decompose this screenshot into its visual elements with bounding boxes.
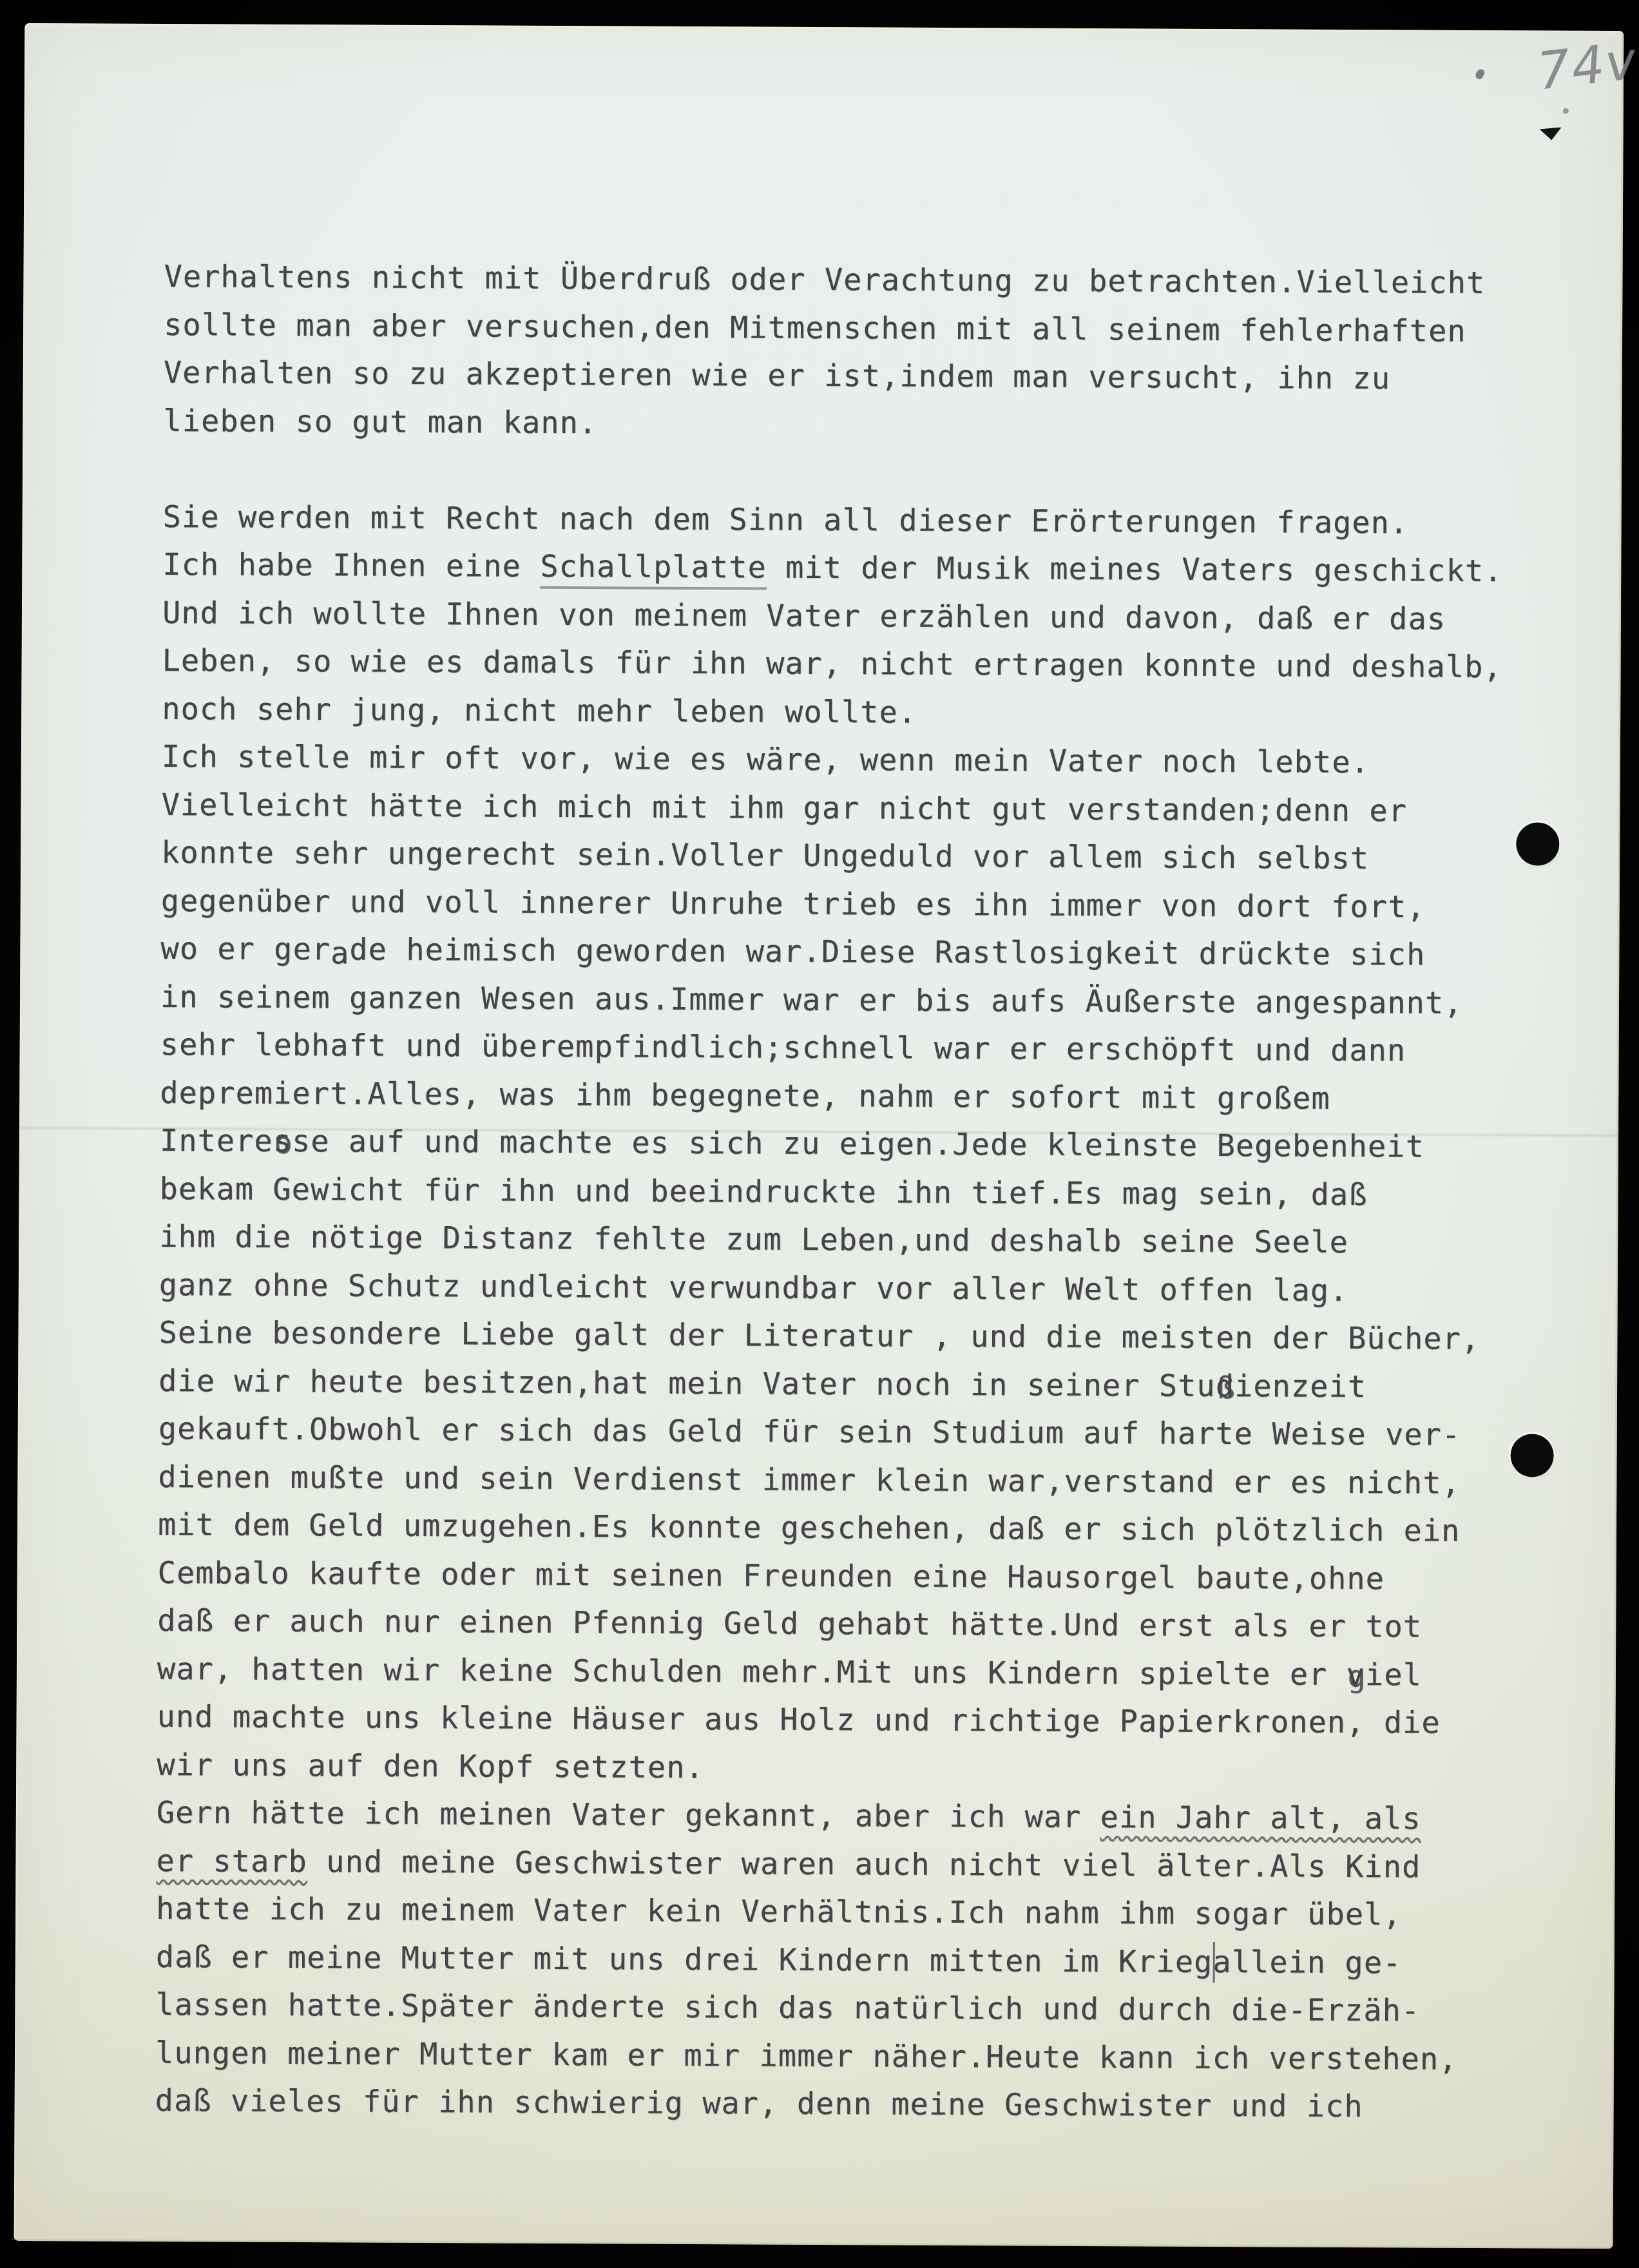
text-line (163, 445, 1567, 500)
text-line: Und ich wollte Ihnen von meinem Vater er… (162, 590, 1567, 644)
text-segment: daß er auch nur einen Pfennig Geld gehab… (157, 1603, 1422, 1645)
text-line: Sie werden mit Recht nach dem Sinn all d… (162, 494, 1567, 548)
overstrike-glyph: g (1347, 1653, 1366, 1702)
text-segment: gegenüber und voll innerer Unruhe trieb … (161, 883, 1426, 925)
text-segment: Vielleicht hätte ich mich mit ihm gar ni… (161, 787, 1407, 829)
text-segment: lungen meiner Mutter kam er mir immer nä… (155, 2035, 1458, 2077)
text-line: ihm die nötige Distanz fehlte zum Leben,… (159, 1213, 1564, 1268)
text-segment: war, hatten wir keine Schulden mehr.Mit … (157, 1651, 1347, 1692)
text-segment: daß er meine Mutter mit uns drei Kindern… (156, 1939, 1213, 1979)
text-segment: so (273, 1118, 292, 1166)
text-segment: wo er ger (160, 931, 331, 967)
text-segment: Seine besondere Liebe galt der Literatur… (158, 1315, 1480, 1357)
text-segment: ganz ohne Schutz undleicht verwundbar vo… (159, 1267, 1348, 1308)
text-line: Cembalo kaufte oder mit seinen Freunden … (157, 1549, 1562, 1604)
text-line: Verhaltens nicht mit Überdruß oder Verac… (164, 253, 1568, 308)
text-line: war, hatten wir keine Schulden mehr.Mit … (157, 1645, 1562, 1700)
overstrike-glyph: ß (1216, 1365, 1236, 1413)
text-line: lungen meiner Mutter kam er mir immer nä… (155, 2029, 1560, 2084)
text-line: bekam Gewicht für ihn und beeindruckte i… (159, 1166, 1564, 1220)
text-segment: ienzeit (1234, 1369, 1366, 1405)
text-line: Leben, so wie es damals für ihn war, nic… (162, 637, 1566, 692)
text-segment: Ich habe Ihnen eine (162, 547, 540, 584)
text-line: und machte uns kleine Häuser aus Holz un… (157, 1693, 1561, 1748)
text-segment: und meine Geschwister waren auch nicht v… (307, 1844, 1421, 1885)
text-line: Verhalten so zu akzeptieren wie er ist,i… (164, 349, 1568, 404)
text-line: daß er auch nur einen Pfennig Geld gehab… (157, 1597, 1562, 1652)
text-line: in seinem ganzen Wesen aus.Immer war er … (160, 974, 1565, 1028)
text-segment: noch sehr jung, nicht mehr leben wollte. (162, 691, 917, 731)
paper-sheet: 74v Verhaltens nicht mit Überdruß oder V… (14, 23, 1624, 2249)
text-line: Gern hätte ich meinen Vater gekannt, abe… (157, 1789, 1561, 1844)
text-segment: mit der Musik meines Vaters geschickt. (767, 550, 1503, 590)
text-segment: konnte sehr ungerecht sein.Voller Ungedu… (161, 835, 1369, 876)
text-segment: lassen hatte.Später änderte sich das nat… (155, 1987, 1420, 2029)
text-segment: in seinem ganzen Wesen aus.Immer war er … (160, 979, 1463, 1021)
text-segment: Leben, so wie es damals für ihn war, nic… (162, 643, 1502, 685)
text-segment: depremiert.Alles, was ihm begegnete, nah… (160, 1075, 1330, 1117)
text-line: dienen mußte und sein Verdienst immer kl… (158, 1453, 1562, 1508)
text-segment: ihm die nötige Distanz fehlte zum Leben,… (159, 1219, 1348, 1260)
text-line: ganz ohne Schutz undleicht verwundbar vo… (159, 1261, 1564, 1316)
pencil-speck (1563, 108, 1569, 114)
text-line: Vielleicht hätte ich mich mit ihm gar ni… (161, 782, 1566, 836)
text-line: die wir heute besitzen,hat mein Vater no… (158, 1357, 1563, 1412)
text-segment: gekauft.Obwohl er sich das Geld für sein… (158, 1411, 1461, 1453)
text-segment: Verhaltens nicht mit Überdruß oder Verac… (164, 259, 1485, 301)
text-line: konnte sehr ungerecht sein.Voller Ungedu… (161, 829, 1566, 884)
pencil-speck (1474, 68, 1486, 81)
text-segment: Gern hätte ich meinen Vater gekannt, abe… (157, 1795, 1100, 1835)
text-line: hatte ich zu meinem Vater kein Verhältni… (156, 1885, 1560, 1940)
text-segment: iel (1365, 1657, 1422, 1693)
text-segment: er starb (156, 1843, 307, 1879)
text-segment: hatte ich zu meinem Vater kein Verhältni… (156, 1891, 1402, 1932)
text-segment: allein ge- (1212, 1945, 1401, 1981)
text-segment: Ich stelle mir oft vor, wie es wäre, wen… (162, 739, 1370, 780)
overstrike-glyph: o (274, 1120, 293, 1168)
text-line: gekauft.Obwohl er sich das Geld für sein… (158, 1405, 1563, 1460)
folio-number: 74v (1534, 30, 1639, 102)
text-segment: mit dem Geld umzugehen.Es konnte gescheh… (158, 1507, 1461, 1549)
text-segment: a (331, 936, 350, 971)
text-line: gegenüber und voll innerer Unruhe trieb … (161, 878, 1566, 932)
scanned-page-background: { "page": { "folio": "74v", "language": … (0, 0, 1639, 2268)
text-line: Interesose auf und machte es sich zu eig… (160, 1117, 1564, 1172)
text-segment: Und ich wollte Ihnen von meinem Vater er… (162, 595, 1446, 637)
text-line: wo er gerade heimisch geworden war.Diese… (160, 925, 1565, 980)
text-line: mit dem Geld umzugehen.Es konnte gescheh… (158, 1501, 1562, 1556)
text-segment: daß vieles für ihn schwierig war, denn m… (155, 2083, 1363, 2124)
text-segment: Intere (160, 1123, 273, 1159)
ink-speck (1540, 127, 1562, 140)
text-segment: dß (1216, 1363, 1235, 1411)
text-segment: vg (1346, 1651, 1365, 1700)
text-segment: Schallplatte (540, 549, 767, 590)
text-line: sollte man aber versuchen,den Mitmensche… (164, 302, 1568, 356)
text-line: er starb und meine Geschwister waren auc… (156, 1837, 1560, 1892)
text-line: sehr lebhaft und überempfindlich;schnell… (160, 1021, 1564, 1076)
text-segment: Sie werden mit Recht nach dem Sinn all d… (163, 499, 1409, 541)
text-segment: dienen mußte und sein Verdienst immer kl… (158, 1459, 1461, 1501)
text-line: Ich habe Ihnen eine Schallplatte mit der… (162, 541, 1567, 596)
text-line: Ich stelle mir oft vor, wie es wäre, wen… (162, 733, 1566, 788)
text-line: noch sehr jung, nicht mehr leben wollte. (162, 686, 1566, 740)
text-segment: se auf und machte es sich zu eigen.Jede … (292, 1124, 1424, 1165)
text-segment: wir uns auf den Kopf setzten. (157, 1747, 704, 1785)
text-line: lassen hatte.Später änderte sich das nat… (155, 1981, 1560, 2036)
typewritten-text: Verhaltens nicht mit Überdruß oder Verac… (155, 253, 1568, 2132)
text-segment: sollte man aber versuchen,den Mitmensche… (164, 307, 1466, 349)
text-line: Seine besondere Liebe galt der Literatur… (158, 1309, 1563, 1364)
text-segment: bekam Gewicht für ihn und beeindruckte i… (159, 1171, 1367, 1213)
text-segment: Cembalo kaufte oder mit seinen Freunden … (158, 1555, 1385, 1596)
scan-area: 74v Verhaltens nicht mit Überdruß oder V… (0, 0, 1639, 2268)
text-line: daß vieles für ihn schwierig war, denn m… (155, 2077, 1559, 2132)
text-segment: Verhalten so zu akzeptieren wie er ist,i… (164, 355, 1391, 396)
text-line: lieben so gut man kann. (163, 398, 1567, 452)
text-segment: und machte uns kleine Häuser aus Holz un… (157, 1699, 1440, 1741)
text-segment: lieben so gut man kann. (163, 403, 597, 441)
text-segment: de heimisch geworden war.Diese Rastlosig… (349, 932, 1425, 972)
text-line: depremiert.Alles, was ihm begegnete, nah… (160, 1070, 1564, 1124)
text-segment: die wir heute besitzen,hat mein Vater no… (158, 1363, 1216, 1403)
text-segment: ein Jahr alt, als (1100, 1800, 1421, 1836)
text-segment: sehr lebhaft und überempfindlich;schnell… (160, 1027, 1406, 1068)
text-line: wir uns auf den Kopf setzten. (157, 1741, 1561, 1796)
text-line: daß er meine Mutter mit uns drei Kindern… (156, 1933, 1560, 1988)
